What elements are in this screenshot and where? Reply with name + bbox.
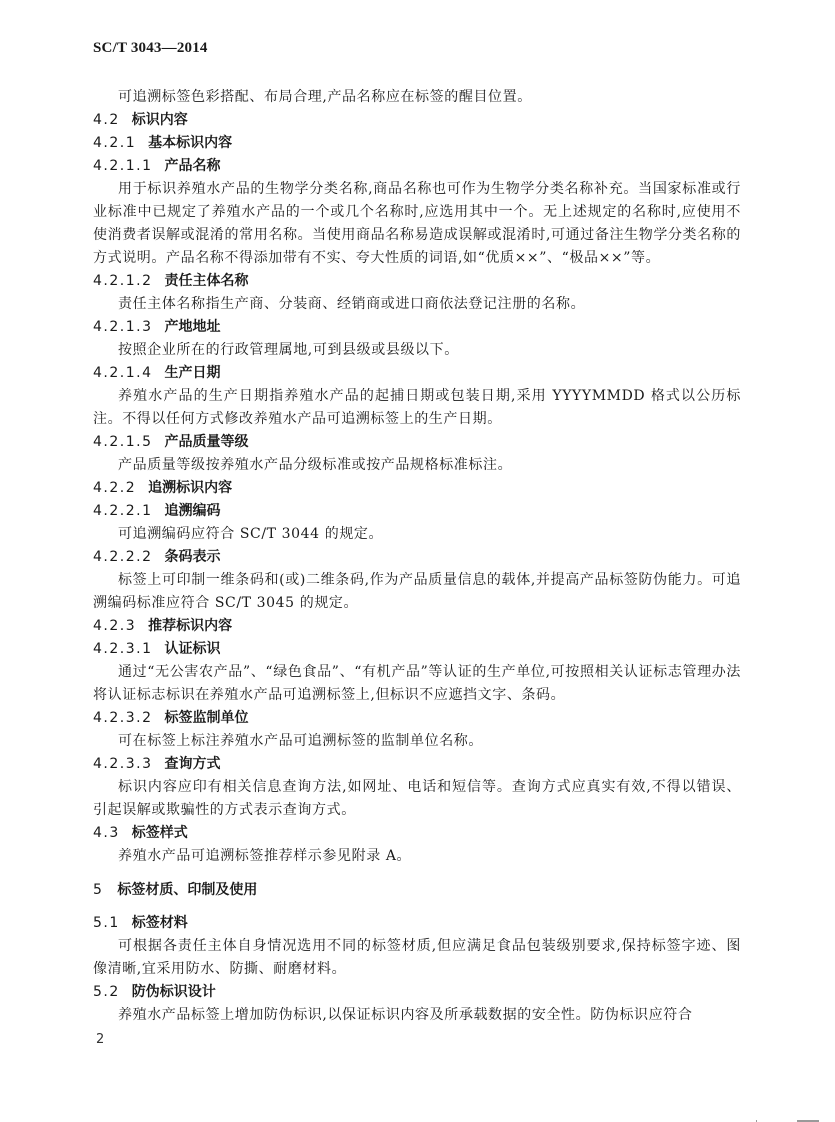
paragraph: 可追溯标签色彩搭配、布局合理,产品名称应在标签的醒目位置。 [93, 86, 741, 109]
document-body: 可追溯标签色彩搭配、布局合理,产品名称应在标签的醒目位置。 4.2标识内容 4.… [93, 86, 741, 1027]
section-heading-4-2-1-5: 4.2.1.5产品质量等级 [93, 431, 741, 454]
section-heading-4-2-3-2: 4.2.3.2标签监制单位 [93, 707, 741, 730]
paragraph: 用于标识养殖水产品的生物学分类名称,商品名称也可作为生物学分类名称补充。当国家标… [93, 178, 741, 270]
section-number: 4.2 [93, 109, 120, 132]
section-title: 追溯编码 [164, 503, 220, 519]
section-title: 标签材料 [132, 915, 188, 931]
section-number: 4.2.3.2 [93, 707, 152, 730]
section-number: 4.2.1.1 [93, 155, 152, 178]
paragraph: 可根据各责任主体自身情况选用不同的标签材质,但应满足食品包装级别要求,保持标签字… [93, 935, 741, 981]
section-title: 标签材质、印制及使用 [117, 882, 257, 898]
section-number: 4.2.1.4 [93, 362, 152, 385]
section-heading-4-2-3: 4.2.3推荐标识内容 [93, 615, 741, 638]
section-heading-4-2-2-2: 4.2.2.2条码表示 [93, 546, 741, 569]
section-title: 查询方式 [164, 756, 220, 772]
section-heading-4-2-3-3: 4.2.3.3查询方式 [93, 753, 741, 776]
paragraph: 可追溯编码应符合 SC/T 3044 的规定。 [93, 523, 741, 546]
section-title: 追溯标识内容 [148, 480, 232, 496]
section-heading-4-3: 4.3标签样式 [93, 822, 741, 845]
standard-code-header: SC/T 3043—2014 [93, 40, 208, 57]
paragraph: 按照企业所在的行政管理属地,可到县级或县级以下。 [93, 339, 741, 362]
chapter-heading-5: 5标签材质、印制及使用 [93, 879, 741, 902]
section-heading-4-2-3-1: 4.2.3.1认证标识 [93, 638, 741, 661]
section-heading-4-2-2: 4.2.2追溯标识内容 [93, 477, 741, 500]
section-heading-4-2-2-1: 4.2.2.1追溯编码 [93, 500, 741, 523]
section-title: 推荐标识内容 [148, 618, 232, 634]
section-number: 4.2.1.3 [93, 316, 152, 339]
section-number: 4.2.1.5 [93, 431, 152, 454]
section-title: 标签监制单位 [164, 710, 248, 726]
section-title: 基本标识内容 [148, 135, 232, 151]
section-heading-4-2-1-3: 4.2.1.3产地地址 [93, 316, 741, 339]
section-heading-4-2-1-2: 4.2.1.2责任主体名称 [93, 270, 741, 293]
section-number: 5.2 [93, 981, 120, 1004]
section-number: 5.1 [93, 912, 120, 935]
section-number: 4.2.1.2 [93, 270, 152, 293]
page-number: 2 [96, 1032, 104, 1047]
paragraph: 养殖水产品的生产日期指养殖水产品的起捕日期或包装日期,采用 YYYYMMDD 格… [93, 385, 741, 431]
paragraph: 标识内容应印有相关信息查询方法,如网址、电话和短信等。查询方式应真实有效,不得以… [93, 776, 741, 822]
paragraph: 可在标签上标注养殖水产品可追溯标签的监制单位名称。 [93, 730, 741, 753]
section-number: 4.3 [93, 822, 120, 845]
section-heading-4-2-1-4: 4.2.1.4生产日期 [93, 362, 741, 385]
section-number: 4.2.3.1 [93, 638, 152, 661]
section-number: 4.2.2.2 [93, 546, 152, 569]
section-heading-4-2-1-1: 4.2.1.1产品名称 [93, 155, 741, 178]
section-title: 标识内容 [132, 112, 188, 128]
paragraph: 责任主体名称指生产商、分装商、经销商或进口商依法登记注册的名称。 [93, 293, 741, 316]
section-title: 责任主体名称 [164, 273, 248, 289]
section-number: 4.2.3.3 [93, 753, 152, 776]
section-title: 标签样式 [132, 825, 188, 841]
section-heading-4-2: 4.2标识内容 [93, 109, 741, 132]
section-title: 产地地址 [164, 319, 220, 335]
section-number: 4.2.2.1 [93, 500, 152, 523]
paragraph: 产品质量等级按养殖水产品分级标准或按产品规格标准标注。 [93, 454, 741, 477]
section-title: 生产日期 [164, 365, 220, 381]
section-title: 产品名称 [164, 158, 220, 174]
section-heading-4-2-1: 4.2.1基本标识内容 [93, 132, 741, 155]
section-number: 4.2.3 [93, 615, 136, 638]
section-number: 5 [93, 879, 103, 902]
section-number: 4.2.1 [93, 132, 136, 155]
section-number: 4.2.2 [93, 477, 136, 500]
section-heading-5-2: 5.2防伪标识设计 [93, 981, 741, 1004]
section-heading-5-1: 5.1标签材料 [93, 912, 741, 935]
section-title: 防伪标识设计 [132, 984, 216, 1000]
paragraph: 养殖水产品标签上增加防伪标识,以保证标识内容及所承载数据的安全性。防伪标识应符合 [93, 1004, 741, 1027]
paragraph: 养殖水产品可追溯标签推荐样示参见附录 A。 [93, 845, 741, 868]
section-title: 条码表示 [164, 549, 220, 565]
paragraph: 标签上可印制一维条码和(或)二维条码,作为产品质量信息的载体,并提高产品标签防伪… [93, 569, 741, 615]
paragraph: 通过“无公害农产品”、“绿色食品”、“有机产品”等认证的生产单位,可按照相关认证… [93, 661, 741, 707]
section-title: 产品质量等级 [164, 434, 248, 450]
section-title: 认证标识 [164, 641, 220, 657]
